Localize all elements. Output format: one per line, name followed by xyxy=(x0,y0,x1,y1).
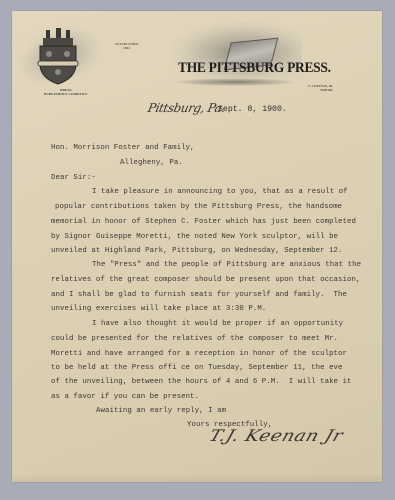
body-line: as a favor if you can be present. xyxy=(51,393,199,401)
body-line: I have also thought it would be proper i… xyxy=(92,320,343,328)
salutation: Dear Sir:- xyxy=(51,174,96,182)
place-script: Pittsburg, Pa. xyxy=(147,101,227,115)
body-line: Awaiting an early reply, I am xyxy=(96,407,226,415)
masthead-title: THE PITTSBURG PRESS. xyxy=(178,59,328,77)
coat-of-arms-icon xyxy=(32,28,84,86)
body-line: Moretti and have arranged for a receptio… xyxy=(51,350,347,358)
body-line: by Signor Guiseppe Moretti, the noted Ne… xyxy=(51,233,338,241)
body-line: relatives of the great composer should b… xyxy=(51,276,360,284)
body-line: to be held at the Press offi ce on Tuesd… xyxy=(51,364,343,372)
body-line: I take pleasure in announcing to you, th… xyxy=(92,188,348,196)
body-line: memorial in honor of Stephen C. Foster w… xyxy=(51,218,356,226)
body-line: The "Press" and the people of Pittsburg … xyxy=(92,261,361,269)
body-line: unveiling exercises will take place at 3… xyxy=(51,305,266,313)
body-line: and I shall be glad to furnish seats for… xyxy=(51,291,347,299)
signature: T.J. Keenan Jr xyxy=(207,426,346,445)
body-line: could be presented for the relatives of … xyxy=(51,335,338,343)
editor-label: T. J. KEENAN, JR. EDITOR. xyxy=(273,84,333,92)
recipient-line: Hon. Morrison Foster and Family, xyxy=(51,144,195,152)
body-line: of the unveiling, between the hours of 4… xyxy=(51,378,352,386)
established-label: ESTABLISHED 1884. xyxy=(110,43,144,50)
recipient-city: Allegheny, Pa. xyxy=(120,159,183,167)
publisher-label: PRESS PUBLISHING COMPANY. xyxy=(30,88,102,97)
letter-date: Sept. 8, 1900. xyxy=(218,105,287,114)
body-line: unveiled at Highland Park, Pittsburg, on… xyxy=(51,247,343,255)
body-line: popular contributions taken by the Pitts… xyxy=(55,203,342,211)
